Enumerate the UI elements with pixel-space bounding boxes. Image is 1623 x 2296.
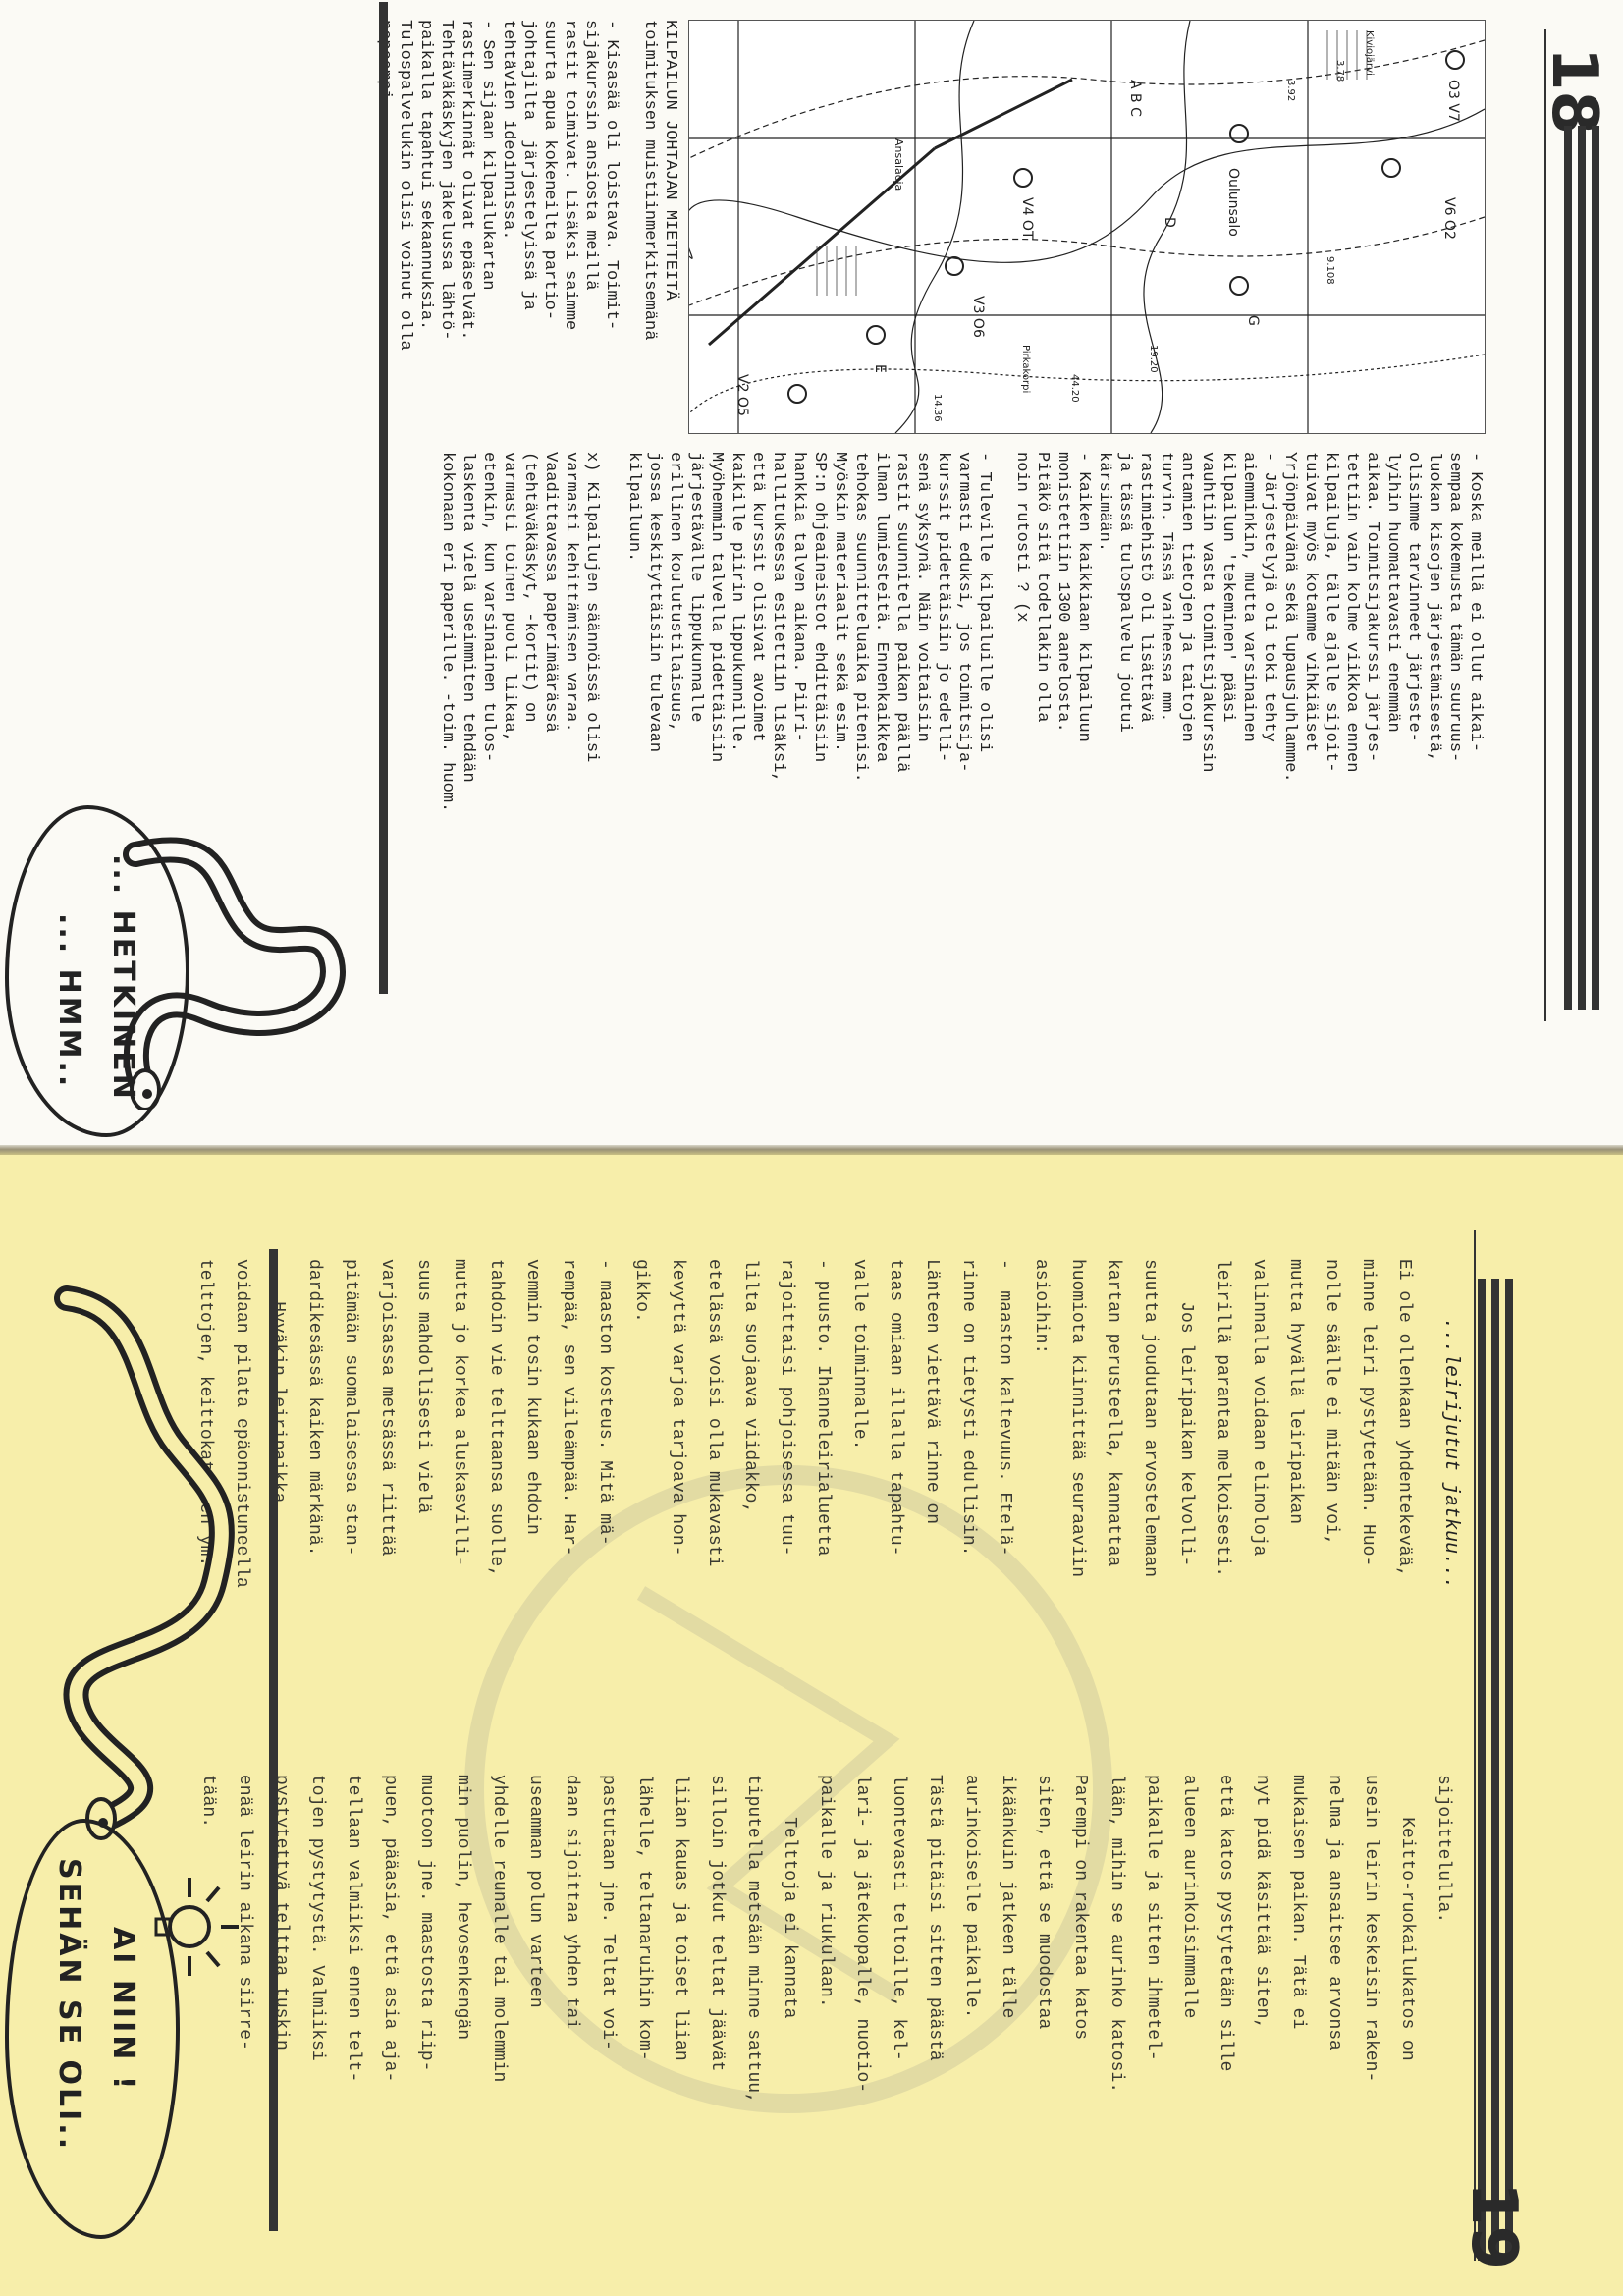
page-19: 19 ...leirijutut jatkuu... Ei ole ollenk… (0, 1151, 1623, 2296)
page-seam (0, 1145, 1623, 1155)
article-column-1: - Koska meillä ei ollut aikai- sempaa ko… (1011, 452, 1486, 786)
svg-text:44.20: 44.20 (1069, 374, 1080, 403)
svg-text:V4 OT: V4 OT (1019, 197, 1035, 240)
section-heading: ...leirijutut jatkuu... (1440, 1318, 1461, 1589)
footer-rule (269, 1249, 278, 2231)
column-1: Ei ole ollenkaan yhdentekevää, minne lei… (187, 1259, 1422, 1730)
map-drawing: O3 V7V6 O2 OulunsaloD A B CG V4 OTV3 O6 … (689, 21, 1485, 433)
page-number: 19 (1462, 2182, 1525, 2269)
svg-text:Pirkakorpi: Pirkakorpi (1020, 345, 1031, 393)
svg-text:14.36: 14.36 (932, 394, 943, 422)
page-18: 18 (0, 0, 1623, 1151)
svg-text:V2 O5: V2 O5 (734, 374, 750, 416)
svg-text:E: E (872, 364, 888, 373)
article-column-3: x) Kilpailujen säännöissä olisi varmasti… (437, 452, 602, 786)
sidebar-body: - Kisasää oli loistava. Toimit- sijakurs… (374, 20, 622, 442)
svg-text:Kiviojärvi: Kiviojärvi (1364, 30, 1375, 76)
svg-text:D: D (1162, 217, 1177, 228)
svg-text:9.108: 9.108 (1325, 256, 1335, 285)
speech-bubble-line-1: ... HETKINEN (100, 854, 145, 1102)
speech-bubble-line-1: AI NIIN ! (100, 1927, 145, 2093)
snake-illustration-icon (27, 1269, 253, 1858)
header-rule (1544, 29, 1546, 1021)
sidebar-article: KILPAILUN JOHTAJAN MIETTEITÄ toimituksen… (374, 20, 680, 442)
orienteering-map: O3 V7V6 O2 OulunsaloD A B CG V4 OTV3 O6 … (688, 20, 1486, 434)
sidebar-title: KILPAILUN JOHTAJAN MIETTEITÄ (660, 20, 680, 442)
header-bars (1560, 126, 1599, 1010)
column-2: sijoittelulla. Keitto-ruokailukatos on u… (189, 1775, 1461, 2246)
svg-text:O3 V7: O3 V7 (1445, 80, 1461, 122)
page-19-content: 19 ...leirijutut jatkuu... Ei ole ollenk… (0, 1151, 1623, 2296)
svg-text:3.78: 3.78 (1334, 60, 1345, 82)
svg-text:V6 O2: V6 O2 (1441, 197, 1457, 240)
page-18-content: 18 (0, 0, 1623, 1151)
svg-text:Oulunsalo: Oulunsalo (1225, 168, 1241, 237)
svg-text:A B C: A B C (1127, 80, 1143, 117)
svg-text:V3 O6: V3 O6 (970, 296, 986, 338)
svg-text:G: G (1245, 315, 1261, 326)
header-bars (1474, 1279, 1513, 2261)
speech-bubble-line-2: SEHÄN SE OLI.. (46, 1858, 91, 2152)
article-column-2: - Tuleville kilpailuille olisi varmasti … (623, 452, 995, 786)
page-number: 18 (1542, 47, 1605, 135)
svg-text:3.92: 3.92 (1285, 80, 1296, 101)
svg-text:19.20: 19.20 (1148, 345, 1159, 373)
sidebar-subtitle: toimituksen muistiinmerkitsemänä (639, 20, 660, 442)
speech-bubble-line-2: ... HMM.. (46, 913, 91, 1089)
svg-text:Ansalaoja: Ansalaoja (893, 138, 905, 191)
footer-rule (379, 2, 388, 994)
